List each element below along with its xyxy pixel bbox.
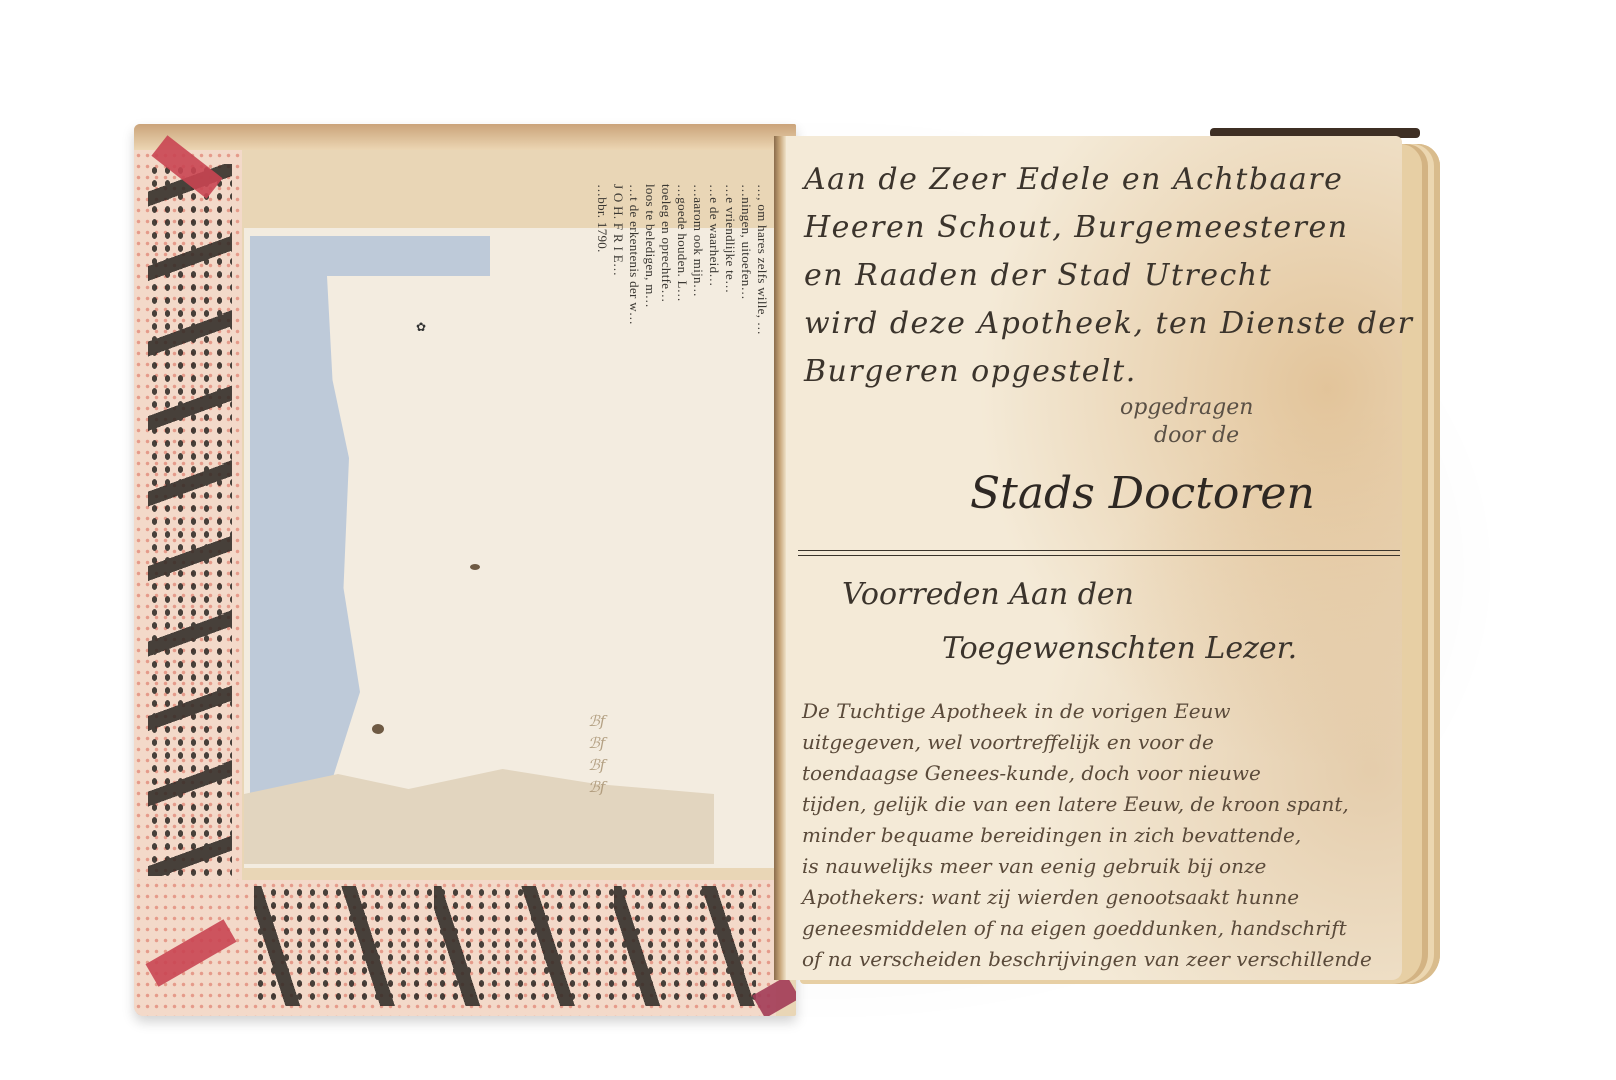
printed-line: …ningen, uitoefen… (738, 184, 754, 384)
right-page-block: Aan de Zeer Edele en Achtbaare Heeren Sc… (780, 136, 1440, 984)
signature: Stads Doctoren (970, 468, 1315, 519)
body-line: geneesmiddelen of na eigen goeddunken, h… (802, 913, 1372, 944)
printed-text-fragment: …, om hares zelfs wille, … …ningen, uito… (500, 184, 770, 384)
double-rule-divider (798, 550, 1400, 556)
ink-spot (470, 564, 480, 570)
foreword-body: De Tuchtige Apotheek in de vorigen Eeuw … (802, 696, 1372, 975)
printed-line: …e de waarheid… (706, 184, 722, 384)
dedication-line: en Raaden der Stad Utrecht (804, 252, 1413, 300)
dedication-line: wird deze Apotheek, ten Dienste der (804, 300, 1413, 348)
foreword-title-line: Toegewenschten Lezer. (842, 622, 1297, 676)
dedication: Aan de Zeer Edele en Achtbaare Heeren Sc… (804, 156, 1413, 396)
blue-paper-remnant-strip (250, 236, 490, 276)
printed-line: …, om hares zelfs wille, … (754, 184, 770, 384)
scribble: ℬf (588, 754, 728, 776)
printed-line: J O H. F R I E… (610, 184, 626, 384)
scribble: ℬf (588, 776, 728, 798)
cover-top-edge (134, 124, 796, 150)
presented-line: opgedragen (1120, 394, 1253, 422)
printed-line: loos te beledigen, m… (642, 184, 658, 384)
diamond-pattern-vertical (148, 164, 232, 876)
printed-ornament-icon: ✿ (416, 320, 426, 334)
body-line: tijden, gelijk die van een latere Eeuw, … (802, 789, 1372, 820)
body-line: is nauwelijks meer van eenig gebruik bij… (802, 851, 1372, 882)
pencil-scribbles: ℬf ℬf ℬf ℬf (588, 710, 728, 820)
diamond-pattern-horizontal (254, 886, 756, 1006)
scribble: ℬf (588, 732, 728, 754)
dedication-line: Heeren Schout, Burgemeesteren (804, 204, 1413, 252)
presented-line: door de (1120, 422, 1253, 450)
left-cover: …, om hares zelfs wille, … …ningen, uito… (134, 124, 796, 1016)
right-page: Aan de Zeer Edele en Achtbaare Heeren Sc… (780, 136, 1402, 980)
dedication-line: Burgeren opgestelt. (804, 348, 1413, 396)
body-line: Apothekers: want zij wierden genootsaakt… (802, 882, 1372, 913)
body-line: uitgegeven, wel voortreffelijk en voor d… (802, 727, 1372, 758)
printed-line: …bbr. 1790. (594, 184, 610, 384)
foreword-title: Voorreden Aan den Toegewenschten Lezer. (842, 568, 1297, 676)
body-line: De Tuchtige Apotheek in de vorigen Eeuw (802, 696, 1372, 727)
ink-spot (372, 724, 384, 734)
printed-line: …goede houden. L… (674, 184, 690, 384)
gutter (774, 136, 786, 980)
body-line: minder bequame bereidingen in zich bevat… (802, 820, 1372, 851)
printed-line: …t de erkentenis der w… (626, 184, 642, 384)
scribble: ℬf (588, 710, 728, 732)
foreword-title-line: Voorreden Aan den (842, 568, 1297, 622)
printed-line: …e vriendlijke te… (722, 184, 738, 384)
body-line: toendaagse Genees-kunde, doch voor nieuw… (802, 758, 1372, 789)
dedication-line: Aan de Zeer Edele en Achtbaare (804, 156, 1413, 204)
printed-line: toeleg en oprechtfe… (658, 184, 674, 384)
body-line: of na verscheiden beschrijvingen van zee… (802, 944, 1372, 975)
printed-line: …aarom ook mijn… (690, 184, 706, 384)
presented-by: opgedragen door de (1120, 394, 1253, 450)
